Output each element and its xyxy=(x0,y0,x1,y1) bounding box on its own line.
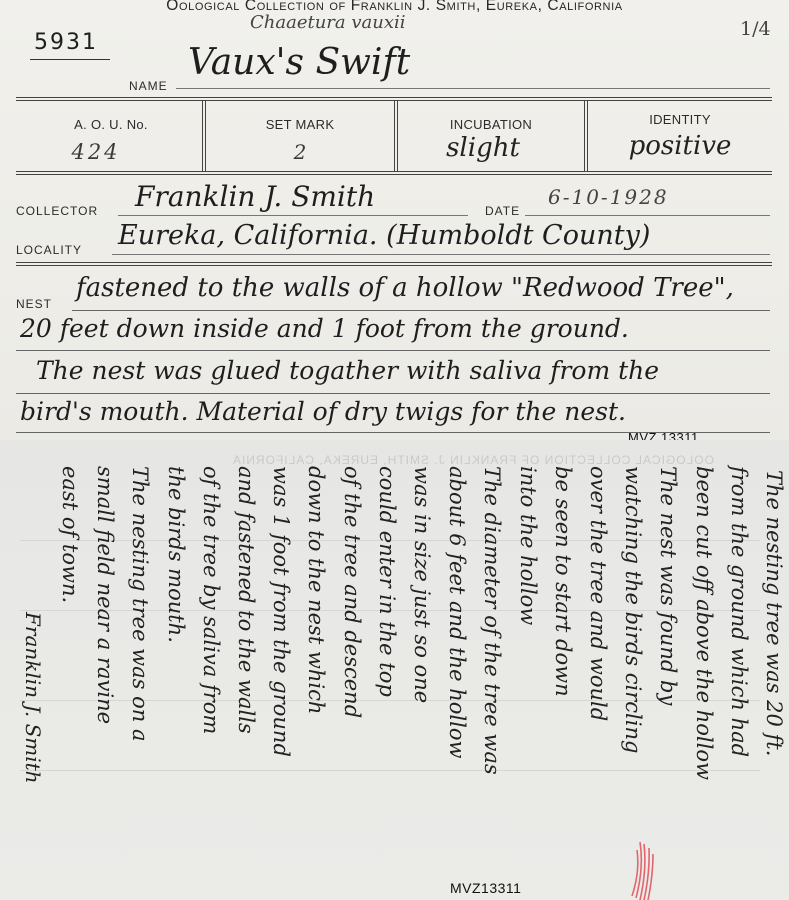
reverse-line: was 1 foot from the ground xyxy=(263,466,293,757)
set-mark-label: Set Mark xyxy=(206,117,394,132)
reverse-line: The nesting tree was on a xyxy=(122,466,152,741)
incubation-label: Incubation xyxy=(398,117,584,132)
collector-label: Collector xyxy=(16,204,98,218)
reverse-line: east of town. xyxy=(52,466,82,603)
reverse-line: The nesting tree was 20 ft. xyxy=(756,470,786,756)
catalog-number-underline xyxy=(30,59,110,60)
name-label: Name xyxy=(129,79,168,93)
locality-label: Locality xyxy=(16,243,82,257)
nest-rule-1 xyxy=(72,310,770,311)
nest-line-4: bird's mouth. Material of dry twigs for … xyxy=(20,397,626,426)
red-pencil-mark xyxy=(628,838,668,900)
reverse-line: into the hollow xyxy=(510,466,540,625)
nest-line-2: 20 feet down inside and 1 foot from the … xyxy=(20,314,629,343)
reverse-line: and fastened to the walls xyxy=(228,466,258,734)
identity-label: Identity xyxy=(588,112,772,127)
nest-rule-3 xyxy=(16,393,770,394)
reverse-line: from the ground which had xyxy=(721,466,751,757)
nest-rule-2 xyxy=(16,350,770,351)
aou-number-value: 424 xyxy=(20,140,172,164)
reverse-line: down to the nest which xyxy=(298,466,328,714)
reverse-line: The diameter of the tree was xyxy=(474,466,504,775)
reverse-signature: Franklin J. Smith xyxy=(15,612,45,784)
scientific-name: Chaaetura vauxii xyxy=(250,12,406,33)
nest-line-1: fastened to the walls of a hollow "Redwo… xyxy=(76,273,734,303)
table-bottom-rule xyxy=(16,171,772,175)
reverse-line: of the tree and descend xyxy=(334,466,364,718)
reverse-line: over the tree and would xyxy=(580,466,610,721)
date-value: 6-10-1928 xyxy=(548,185,669,209)
set-mark-value: 2 xyxy=(206,140,394,164)
bleed-through-header: Oological Collection of Franklin J. Smit… xyxy=(232,453,714,467)
reverse-line: of the tree by saliva from xyxy=(193,466,223,734)
reverse-line: about 6 feet and the hollow xyxy=(439,466,469,758)
locality-value: Eureka, California. (Humboldt County) xyxy=(118,220,650,251)
reverse-line: been cut off above the hollow xyxy=(686,466,716,780)
museum-stamp-reverse: MVZ13311 xyxy=(450,880,521,896)
date-label: Date xyxy=(485,204,520,218)
reverse-line: small field near a ravine xyxy=(87,466,117,724)
reverse-line: was in size just so one xyxy=(404,466,434,703)
aou-number-label: A. O. U. No. xyxy=(20,117,202,132)
collector-line xyxy=(118,215,468,216)
reverse-line: the birds mouth. xyxy=(158,466,188,643)
reverse-line: The nest was found by xyxy=(650,466,680,705)
name-value: Vaux's Swift xyxy=(188,42,410,83)
reverse-line: could enter in the top xyxy=(369,466,399,697)
nest-label: Nest xyxy=(16,297,52,311)
specimen-card-front: Oological Collection of Franklin J. Smit… xyxy=(0,0,789,440)
bleed-through-rule-4 xyxy=(20,770,760,771)
nest-line-3: The nest was glued togather with saliva … xyxy=(36,356,659,385)
reverse-line: watching the birds circling xyxy=(615,466,645,753)
locality-bottom-rule xyxy=(16,262,772,266)
incubation-value: slight xyxy=(398,133,568,163)
reverse-line: be seen to start down xyxy=(545,466,575,697)
date-line xyxy=(525,215,770,216)
name-line xyxy=(176,88,770,89)
page-fraction: 1/4 xyxy=(740,18,771,40)
locality-line xyxy=(112,254,770,255)
identity-value: positive xyxy=(588,131,772,161)
catalog-number: 5931 xyxy=(34,30,98,55)
collector-value: Franklin J. Smith xyxy=(135,180,375,213)
